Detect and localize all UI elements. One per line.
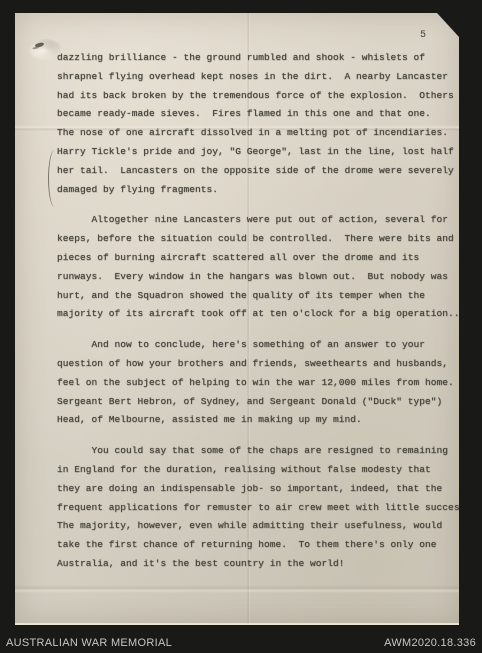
institution-name: AUSTRALIAN WAR MEMORIAL: [6, 637, 172, 649]
typescript-line: hurt, and the Squadron showed the qualit…: [57, 287, 455, 306]
archive-caption-bar: AUSTRALIAN WAR MEMORIAL AWM2020.18.336: [0, 631, 482, 653]
typescript-line: Head, of Melbourne, assisted me in makin…: [57, 411, 455, 430]
typescript-line: had its back broken by the tremendous fo…: [57, 87, 455, 106]
reference-number: AWM2020.18.336: [384, 637, 476, 649]
typescript-line: they are doing an indispensable job- so …: [57, 480, 455, 499]
typescript-line: Harry Tickle's pride and joy, "G George"…: [57, 143, 455, 162]
typescript-line: You could say that some of the chaps are…: [57, 442, 455, 461]
paragraph-3: And now to conclude, here's something of…: [57, 336, 455, 430]
typescript-line: The majority, however, even while admitt…: [57, 517, 455, 536]
paragraph-1: dazzling brilliance - the ground rumbled…: [57, 49, 455, 199]
document-page: 5 dazzling brilliance - the ground rumbl…: [15, 13, 459, 625]
typescript-line: Australia, and it's the best country in …: [57, 555, 455, 574]
lower-fold-crease: [15, 585, 459, 593]
typescript-line: became ready-made sieves. Fires flamed i…: [57, 105, 455, 124]
typescript-line: dazzling brilliance - the ground rumbled…: [57, 49, 455, 68]
typescript-line: frequent applications for remuster to ai…: [57, 499, 455, 518]
typescript-line: Sergeant Bert Hebron, of Sydney, and Ser…: [57, 393, 455, 412]
typescript-line: question of how your brothers and friend…: [57, 355, 455, 374]
typescript-line: keeps, before the situation could be con…: [57, 230, 455, 249]
typescript-line: majority of its aircraft took off at ten…: [57, 305, 455, 324]
paragraph-4: You could say that some of the chaps are…: [57, 442, 455, 574]
typescript-line: damaged by flying fragments.: [57, 181, 455, 200]
typescript-line: The nose of one aircraft dissolved in a …: [57, 124, 455, 143]
photo-background: 5 dazzling brilliance - the ground rumbl…: [0, 0, 482, 653]
typescript-line: Altogether nine Lancasters were put out …: [57, 211, 455, 230]
typescript-line: shrapnel flying overhead kept noses in t…: [57, 68, 455, 87]
typescript-text: dazzling brilliance - the ground rumbled…: [57, 49, 455, 586]
typescript-line: in England for the duration, realising w…: [57, 461, 455, 480]
typescript-line: And now to conclude, here's something of…: [57, 336, 455, 355]
typescript-line: take the first chance of returning home.…: [57, 536, 455, 555]
typescript-line: feel on the subject of helping to win th…: [57, 374, 455, 393]
typescript-line: pieces of burning aircraft scattered all…: [57, 249, 455, 268]
typescript-line: her tail. Lancasters on the opposite sid…: [57, 162, 455, 181]
page-number: 5: [420, 30, 426, 41]
paragraph-2: Altogether nine Lancasters were put out …: [57, 211, 455, 324]
typescript-line: runways. Every window in the hangars was…: [57, 268, 455, 287]
